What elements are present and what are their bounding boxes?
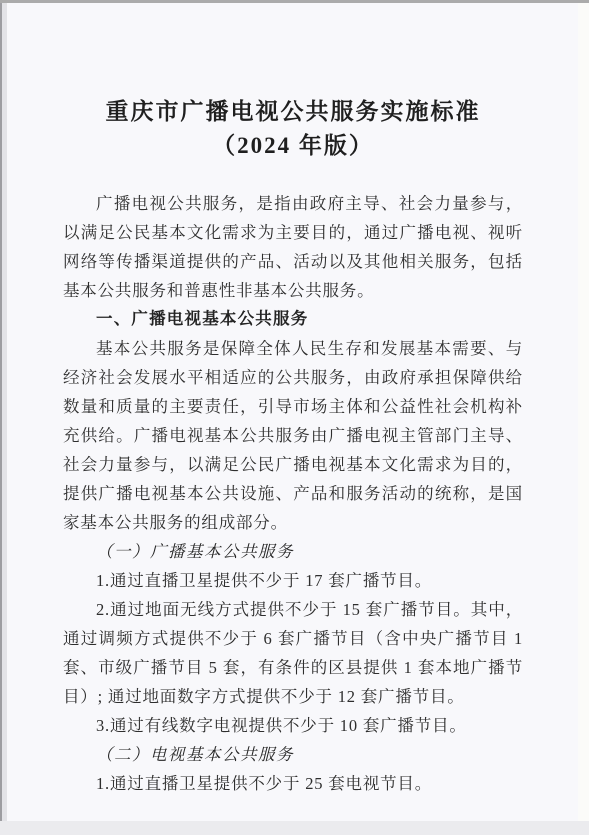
section-heading: （二）电视基本公共服务	[63, 740, 523, 769]
scan-edge-bottom	[0, 821, 589, 835]
paragraph: 2.通过地面无线方式提供不少于 15 套广播节目。其中，通过调频方式提供不少于 …	[63, 595, 523, 711]
document-title: 重庆市广播电视公共服务实施标准	[63, 95, 523, 129]
document-page: 重庆市广播电视公共服务实施标准 （2024 年版） 广播电视公共服务，是指由政府…	[7, 3, 578, 821]
document-body: 广播电视公共服务，是指由政府主导、社会力量参与，以满足公民基本文化需求为主要目的…	[63, 189, 523, 798]
scanned-document: 重庆市广播电视公共服务实施标准 （2024 年版） 广播电视公共服务，是指由政府…	[0, 0, 589, 835]
paragraph: 广播电视公共服务，是指由政府主导、社会力量参与，以满足公民基本文化需求为主要目的…	[63, 189, 523, 305]
paragraph: 1.通过直播卫星提供不少于 17 套广播节目。	[63, 566, 523, 595]
section-heading: 一、广播电视基本公共服务	[63, 305, 523, 334]
paragraph: 3.通过有线数字电视提供不少于 10 套广播节目。	[63, 711, 523, 740]
section-heading: （一）广播基本公共服务	[63, 537, 523, 566]
document-subtitle: （2024 年版）	[63, 129, 523, 163]
paragraph: 基本公共服务是保障全体人民生存和发展基本需要、与经济社会发展水平相适应的公共服务…	[63, 334, 523, 537]
paragraph: 1.通过直播卫星提供不少于 25 套电视节目。	[63, 769, 523, 798]
